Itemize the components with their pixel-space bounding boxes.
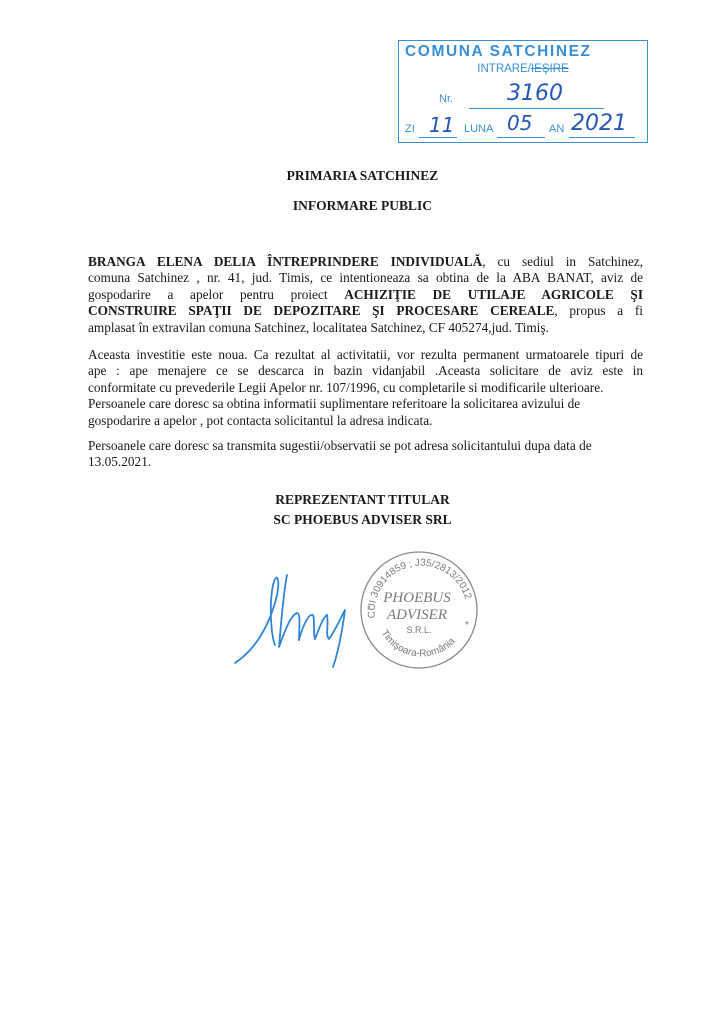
paragraph-investment: Aceasta investitie este noua. Ca rezulta…	[88, 347, 643, 429]
representative-role: REPREZENTANT TITULAR	[0, 492, 725, 508]
para2-line: Aceasta investitie este noua. Ca rezulta…	[88, 347, 643, 363]
para1-line2: comuna Satchinez , nr. 41, jud. Timis, c…	[88, 270, 643, 286]
stamp-line1: PHOEBUS	[382, 590, 451, 606]
stamp-line2: ADVISER	[386, 607, 447, 623]
para1-line3-plain: gospodarire a apelor pentru proiect	[88, 287, 344, 302]
para1-line5: amplasat în extravilan comuna Satchinez,…	[88, 320, 643, 336]
day-line	[419, 137, 457, 138]
project-name-part2: CONSTRUIRE SPAŢII DE DEPOZITARE ŞI PROCE…	[88, 303, 554, 318]
registration-stamp: COMUNA SATCHINEZ INTRARE/IEŞIRE Nr. 3160…	[398, 40, 648, 143]
day-label: ZI	[405, 123, 415, 135]
year-label: AN	[549, 123, 564, 135]
paragraph-applicant: BRANGA ELENA DELIA ÎNTREPRINDERE INDIVID…	[88, 254, 643, 336]
year-line	[569, 137, 635, 138]
para1-line4-rest: , propus a fi	[554, 303, 643, 318]
nr-label: Nr.	[439, 93, 453, 105]
para1-line3: gospodarire a apelor pentru proiect ACHI…	[88, 287, 643, 303]
stamp-title: COMUNA SATCHINEZ	[405, 43, 592, 61]
stamp-subtitle-in: INTRARE/	[477, 63, 531, 75]
para2-line: gospodarire a apelor , pot contacta soli…	[88, 413, 643, 429]
stamp-star-right: *	[465, 620, 469, 631]
institution-heading: PRIMARIA SATCHINEZ	[0, 168, 725, 184]
stamp-subtitle-out: IEŞIRE	[531, 63, 569, 75]
stamp-subtitle: INTRARE/IEŞIRE	[399, 63, 647, 75]
company-stamp: CUI 30914859 ; J35/2813/2012 Timişoara-R…	[357, 548, 482, 673]
para1-line1-rest: , cu sediul in Satchinez,	[482, 254, 643, 269]
para1-line4: CONSTRUIRE SPAŢII DE DEPOZITARE ŞI PROCE…	[88, 303, 643, 319]
month-line	[497, 137, 545, 138]
paragraph-suggestions: Persoanele care doresc sa transmita suge…	[88, 438, 643, 471]
signature	[225, 555, 355, 675]
para2-line: Persoanele care doresc sa obtina informa…	[88, 396, 643, 412]
year-value: 2021	[571, 111, 627, 136]
representative-company: SC PHOEBUS ADVISER SRL	[0, 512, 725, 528]
day-value: 11	[429, 113, 454, 137]
month-value: 05	[507, 111, 532, 135]
stamp-star-left: *	[367, 604, 371, 615]
applicant-name: BRANGA ELENA DELIA ÎNTREPRINDERE INDIVID…	[88, 254, 482, 269]
month-label: LUNA	[464, 123, 493, 135]
para2-line: conformitate cu prevederile Legii Apelor…	[88, 380, 643, 396]
para3-line: 13.05.2021.	[88, 454, 643, 470]
para2-line: ape : ape menajere ce se descarca in baz…	[88, 363, 643, 379]
document-title: INFORMARE PUBLIC	[0, 198, 725, 214]
stamp-line3: S.R.L.	[406, 625, 431, 635]
para3-line: Persoanele care doresc sa transmita suge…	[88, 438, 643, 454]
project-name-part1: ACHIZIŢIE DE UTILAJE AGRICOLE ŞI	[344, 287, 643, 302]
para1-line1: BRANGA ELENA DELIA ÎNTREPRINDERE INDIVID…	[88, 254, 643, 270]
nr-line	[469, 108, 604, 109]
registration-number: 3160	[507, 81, 563, 106]
